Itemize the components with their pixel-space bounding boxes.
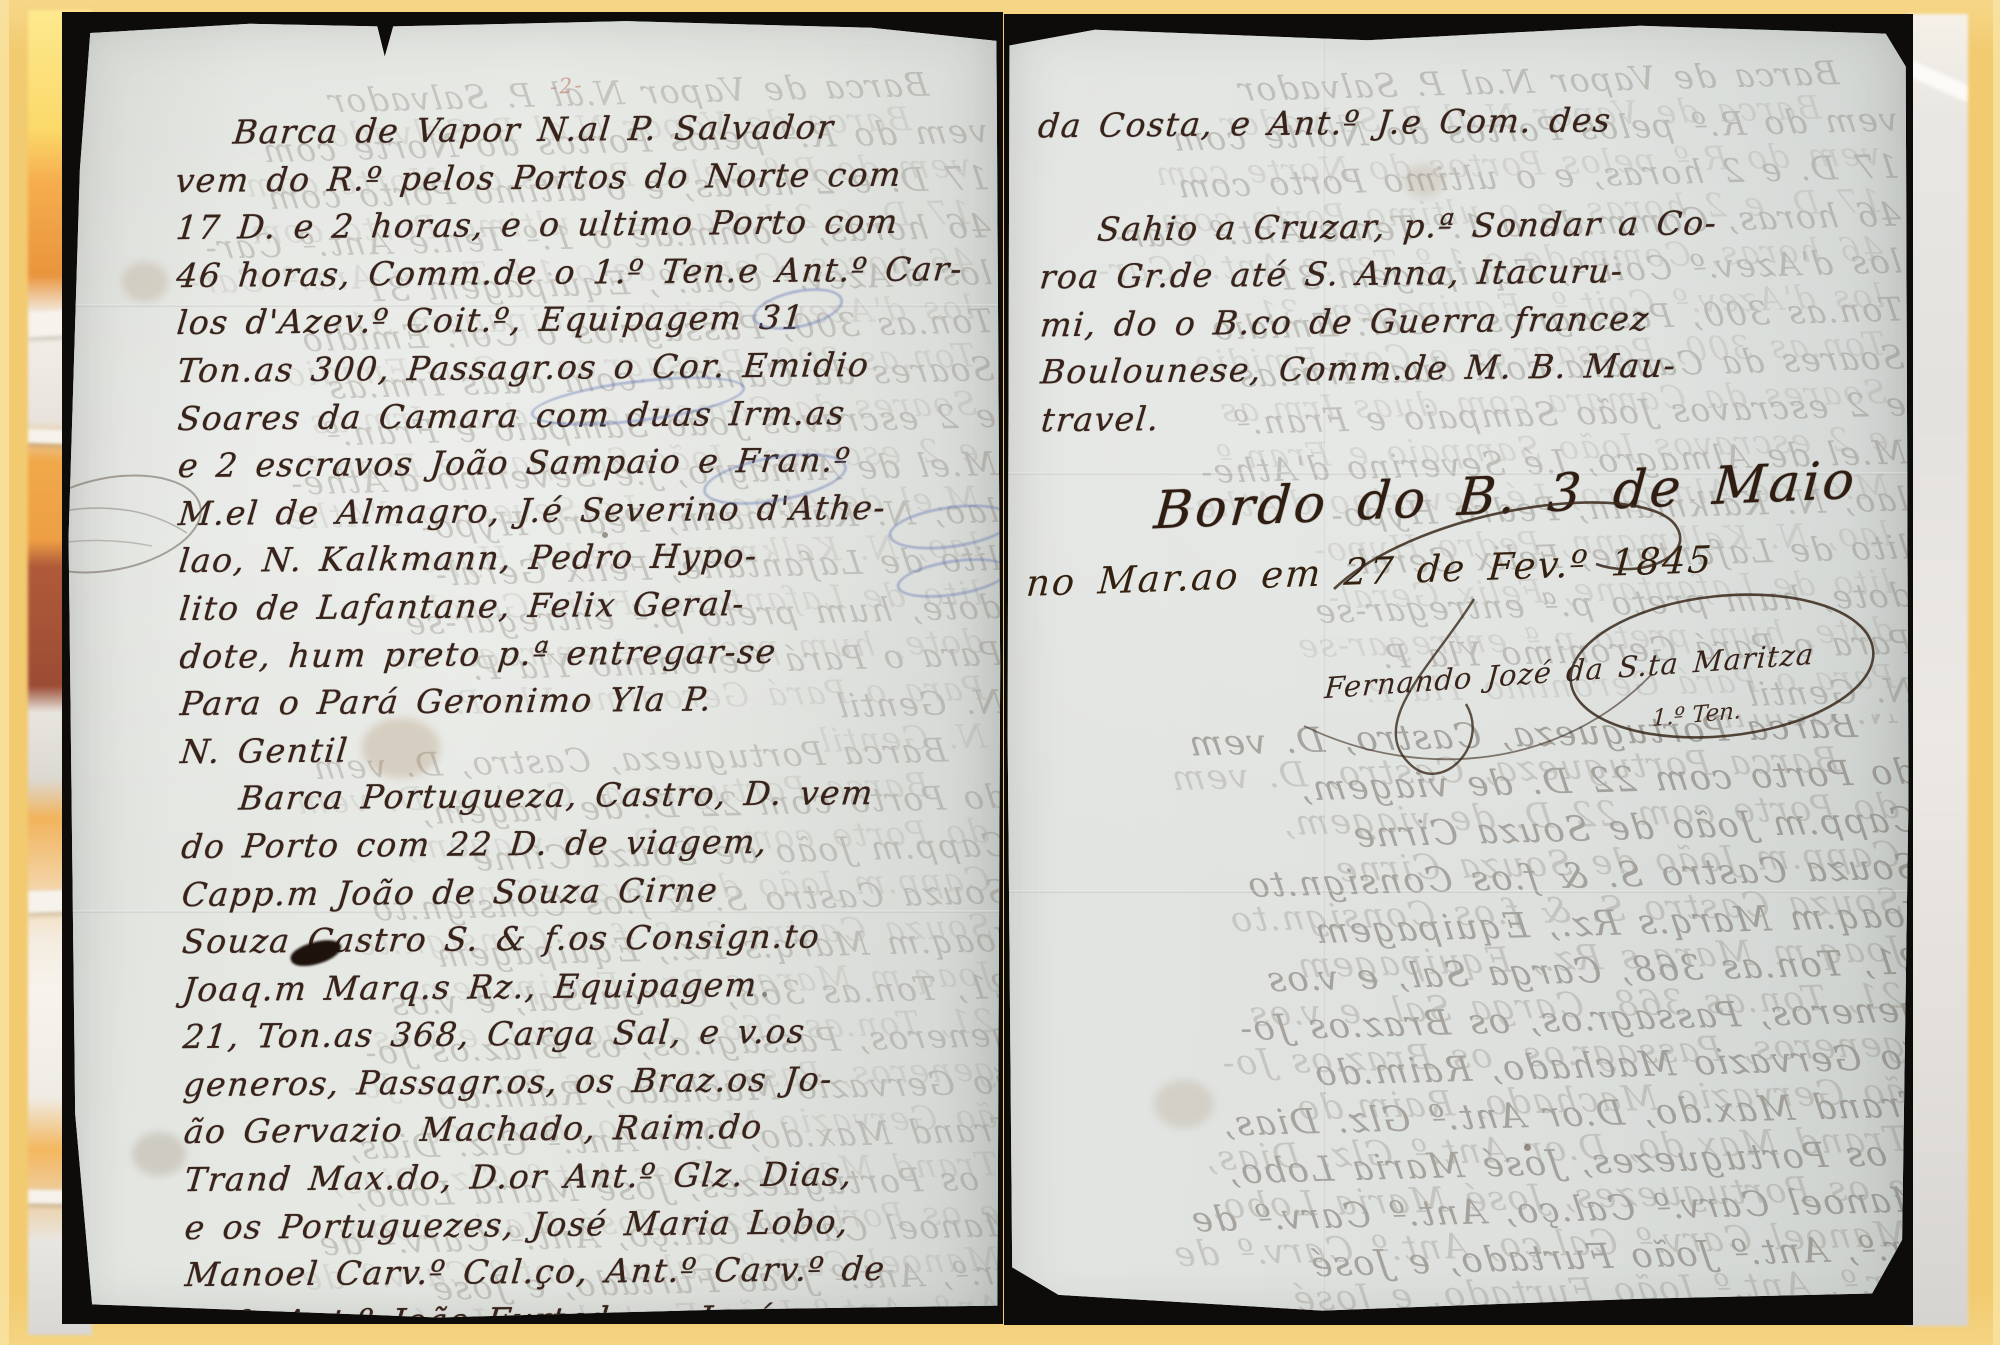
paper-stain [362, 718, 440, 778]
manuscript-line: Barca Portugueza, Castro, D. vem [179, 768, 997, 823]
scanned-manuscript-canvas: Barca de Vapor N.al P. Salvadorvem do R.… [0, 0, 2000, 1345]
paper-stain [1154, 1080, 1214, 1128]
speck [602, 532, 608, 538]
paper-left: Barca de Vapor N.al P. Salvadorvem do R.… [62, 12, 1003, 1324]
manuscript-line: Para o Pará Geronimo Yla P. [178, 673, 996, 728]
manuscript-line: dote, hum preto p.ª entregar-se [178, 625, 996, 680]
paper-stain [1404, 164, 1444, 198]
manuscript-line: Trand Max.do, D.or Ant.º Glz. Dias, [182, 1149, 1000, 1204]
wall-highlight [1906, 56, 1968, 107]
manuscript-line: e os Portuguezes, José Maria Lobo, [183, 1197, 1001, 1252]
manuscript-line: Joaq.m Marq.s Rz., Equipagem [180, 959, 998, 1014]
manuscript-line: do Porto com 22 D. de viagem, [179, 816, 997, 871]
paper-stain [132, 1132, 186, 1176]
manuscript-line: Barca de Vapor N.al P. Salvador [173, 102, 991, 157]
manuscript-line: N. Gentil [178, 721, 996, 776]
handwritten-text-left: Barca de Vapor N.al P. Salvadorvem do R.… [62, 12, 1003, 1324]
manuscript-line: 46 horas, Comm.de o 1.º Ten.e Ant.º Car- [174, 245, 992, 300]
manuscript-line: vem do R.º pelos Portos do Norte com [173, 150, 991, 205]
manuscript-line: generos, Passagr.os, os Braz.os Jo- [181, 1054, 999, 1109]
speck [762, 992, 767, 997]
manuscript-line: da Costa, e Ant.º J.e Com. des [1036, 93, 1899, 150]
manuscript-line: 17 D. e 2 horas, e o ultimo Porto com [174, 197, 992, 252]
manuscript-line: ão Gervazio Machado, Raim.do [182, 1101, 1000, 1156]
manuscript-line: lito de Lafantane, Felix Geral- [177, 578, 995, 633]
manuscript-line: travel. [1039, 387, 1902, 444]
manuscript-line: lao, N. Kalkmann, Pedro Hypo- [177, 530, 995, 585]
manuscript-line: 21, Ton.as 368, Carga Sal, e v.os [181, 1006, 999, 1061]
manuscript-line: roa Gr.de até S. Anna, Itacuru- [1038, 245, 1901, 302]
manuscript-page-right: Barca de Vapor N.al P. Salvadorvem do R.… [1004, 14, 1913, 1325]
manuscript-line: e 2 escravos João Sampaio e Fran.º [176, 435, 994, 490]
speck [1524, 1144, 1531, 1151]
manuscript-line: M.el de Almagro, J.é Severino d'Athe- [176, 483, 994, 538]
manuscript-line: Capp.m João de Souza Cirne [180, 863, 998, 918]
paper-right: Barca de Vapor N.al P. Salvadorvem do R.… [1004, 14, 1913, 1325]
gold-frame-right-edge [1993, 0, 2000, 1345]
gold-frame-left-edge [0, 0, 9, 1345]
background-photo-wall [1906, 14, 1968, 1326]
manuscript-page-left: Barca de Vapor N.al P. Salvadorvem do R.… [62, 12, 1003, 1324]
manuscript-line: los d'Azev.º Coit.º, Equipagem 31 [175, 292, 993, 347]
manuscript-line: Ton.as 300, Passagr.os o Cor. Emidio [175, 340, 993, 395]
paper-stain [122, 262, 168, 302]
manuscript-line: Manoel Carv.º Cal.ço, Ant.º Carv.º de [183, 1244, 1001, 1299]
